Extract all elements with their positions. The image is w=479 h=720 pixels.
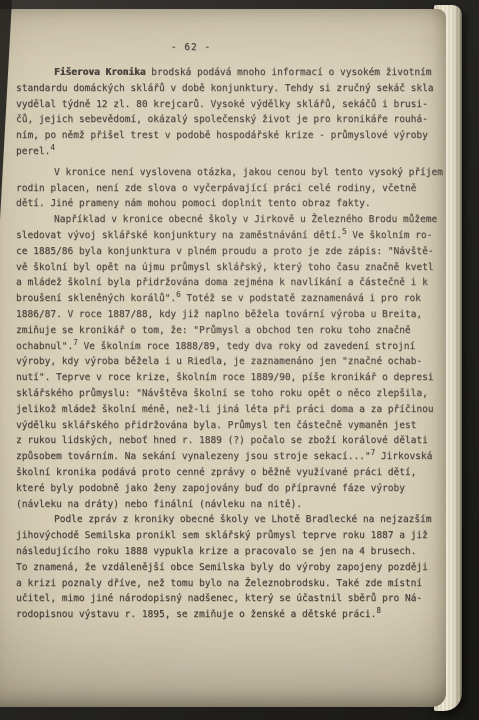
paragraph: Fišerova Kronika brodská podává mnoho in… [16, 65, 443, 160]
scanned-book-photo: - 62 - Fišerova Kronika brodská podává m… [0, 0, 479, 720]
paragraph: Podle zpráv z kroniky obecné školy ve Lh… [16, 512, 443, 623]
paragraph: V kronice není vyslovena otázka, jakou c… [16, 165, 443, 212]
document-page: - 62 - Fišerova Kronika brodská podává m… [0, 9, 446, 707]
paragraph: Například v kronice obecné školy v Jirko… [16, 212, 443, 512]
paragraphs: Fišerova Kronika brodská podává mnoho in… [16, 65, 443, 623]
page-number: - 62 - [0, 42, 416, 53]
